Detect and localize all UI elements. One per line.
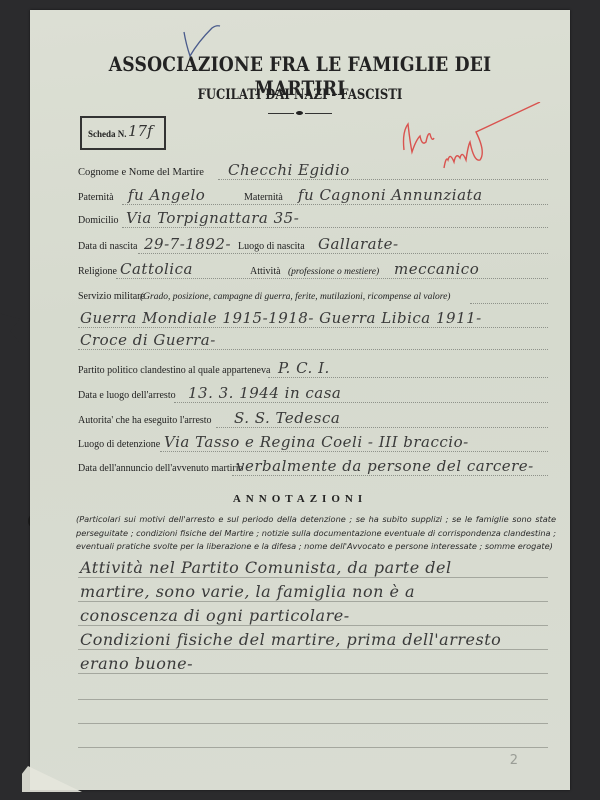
cognome-nome-label: Cognome e Nome del Martire	[78, 167, 204, 178]
maternita-value: fu Cagnoni Annunziata	[298, 186, 483, 204]
paternita-label: Paternità	[78, 192, 114, 203]
annotation-text: Condizioni fisiche del martire, prima de…	[80, 630, 501, 649]
form-sheet: ASSOCIAZIONE FRA LE FAMIGLIE DEI MARTIRI…	[30, 10, 570, 790]
partito-value: P. C. I.	[278, 359, 330, 377]
page-number: 2	[510, 753, 518, 768]
luogo-nascita-value: Gallarate-	[318, 235, 399, 253]
field-nascita: Data di nascita 29-7-1892- Luogo di nasc…	[78, 236, 548, 256]
annotation-line: martire, sono varie, la famiglia non è a	[78, 580, 548, 604]
attivita-hint: (professione o mestiere)	[288, 266, 379, 277]
servizio-militare-label: Servizio militare	[78, 291, 145, 302]
partito-label: Partito politico clandestino al quale ap…	[78, 365, 270, 376]
field-autorita: Autorita' che ha eseguito l'arresto S. S…	[78, 410, 548, 430]
detenzione-label: Luogo di detenzione	[78, 439, 160, 450]
annotation-text: martire, sono varie, la famiglia non è a	[80, 582, 415, 601]
scheda-value: 17f	[128, 122, 153, 140]
field-domicilio: Domicilio Via Torpignattara 35-	[78, 210, 548, 230]
servizio-militare-line-1: Guerra Mondiale 1915-1918- Guerra Libica…	[78, 310, 548, 330]
annotation-line	[78, 726, 548, 750]
autorita-value: S. S. Tedesca	[234, 409, 340, 427]
scheda-label: Scheda N.	[88, 129, 127, 139]
annotation-line	[78, 702, 548, 726]
field-religione-attivita: Religione Cattolica Attività (profession…	[78, 261, 548, 281]
domicilio-label: Domicilio	[78, 215, 119, 226]
annotation-line: Condizioni fisiche del martire, prima de…	[78, 628, 548, 652]
field-detenzione: Luogo di detenzione Via Tasso e Regina C…	[78, 434, 548, 454]
annotation-text: conoscenza di ogni particolare-	[80, 606, 350, 625]
scanned-document: ASSOCIAZIONE FRA LE FAMIGLIE DEI MARTIRI…	[0, 0, 600, 800]
annotazioni-instructions: (Particolari sui motivi dell'arresto e s…	[76, 513, 556, 554]
paper-tear	[0, 313, 20, 343]
data-nascita-label: Data di nascita	[78, 241, 137, 252]
field-servizio-militare: Servizio militare (Grado, posizione, cam…	[78, 286, 548, 306]
annotation-line: Attività nel Partito Comunista, da parte…	[78, 556, 548, 580]
religione-label: Religione	[78, 266, 117, 277]
servizio-militare-line-2: Croce di Guerra-	[78, 332, 548, 352]
paternita-value: fu Angelo	[128, 186, 205, 204]
servizio-militare-hint: (Grado, posizione, campagne di guerra, f…	[140, 291, 450, 302]
annotazioni-heading: ANNOTAZIONI	[30, 493, 570, 505]
luogo-nascita-label: Luogo di nascita	[238, 241, 305, 252]
annuncio-value: verbalmente da persone del carcere-	[236, 457, 534, 475]
title-ornament	[268, 112, 332, 115]
field-parents: Paternità fu Angelo Maternità fu Cagnoni…	[78, 187, 548, 207]
maternita-label: Maternità	[244, 192, 283, 203]
field-cognome-nome: Cognome e Nome del Martire Checchi Egidi…	[78, 162, 548, 182]
religione-value: Cattolica	[120, 260, 193, 278]
domicilio-value: Via Torpignattara 35-	[126, 209, 299, 227]
servizio-militare-value-2: Croce di Guerra-	[80, 331, 216, 349]
field-arresto: Data e luogo dell'arresto 13. 3. 1944 in…	[78, 385, 548, 405]
annotation-line: conoscenza di ogni particolare-	[78, 604, 548, 628]
autorita-label: Autorita' che ha eseguito l'arresto	[78, 415, 212, 426]
scheda-number-box: Scheda N. 17f	[80, 116, 166, 150]
data-nascita-value: 29-7-1892-	[144, 235, 231, 253]
form-subtitle: FUCILATI DAI NAZI - FASCISTI	[68, 87, 532, 103]
cognome-nome-value: Checchi Egidio	[228, 161, 350, 179]
detenzione-value: Via Tasso e Regina Coeli - III braccio-	[164, 433, 469, 451]
annotation-line: erano buone-	[78, 652, 548, 676]
field-annuncio: Data dell'annuncio dell'avvenuto martiri…	[78, 458, 548, 478]
annuncio-label: Data dell'annuncio dell'avvenuto martiri…	[78, 463, 244, 474]
servizio-militare-value-1: Guerra Mondiale 1915-1918- Guerra Libica…	[80, 309, 482, 327]
arresto-label: Data e luogo dell'arresto	[78, 390, 176, 401]
annotation-text: Attività nel Partito Comunista, da parte…	[80, 558, 452, 577]
folded-corner	[22, 766, 82, 792]
attivita-value: meccanico	[394, 260, 479, 278]
field-partito: Partito politico clandestino al quale ap…	[78, 360, 548, 380]
arresto-value: 13. 3. 1944 in casa	[188, 384, 341, 402]
annotation-line	[78, 678, 548, 702]
attivita-label: Attività	[250, 266, 281, 277]
annotation-text: erano buone-	[80, 654, 193, 673]
